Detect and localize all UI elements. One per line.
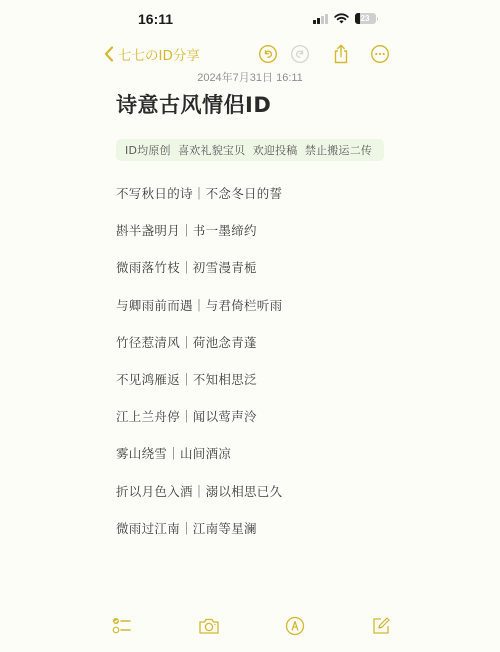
redo-button[interactable] xyxy=(290,44,310,64)
list-item: 微雨落竹枝｜初雪漫青栀 xyxy=(116,258,282,295)
list-item: 与卿雨前而遇｜与君倚栏听雨 xyxy=(116,296,282,333)
battery-indicator: 23 xyxy=(355,13,379,24)
notes-screen: 16:11 23 xyxy=(0,0,500,652)
list-item: 江上兰舟停｜闻以莺声泠 xyxy=(116,407,282,444)
checklist-icon xyxy=(111,615,133,637)
status-icons: 23 xyxy=(313,13,378,24)
markup-pen-icon xyxy=(284,615,306,637)
wifi-icon xyxy=(334,13,349,24)
undo-icon xyxy=(258,44,278,64)
list-item: 不见鸿雁返｜不知相思泛 xyxy=(116,370,282,407)
undo-button[interactable] xyxy=(258,44,278,64)
status-time: 16:11 xyxy=(138,11,173,27)
chevron-left-icon xyxy=(104,46,114,62)
list-item: 折以月色入酒｜溺以相思已久 xyxy=(116,482,282,519)
more-button[interactable] xyxy=(370,44,390,64)
cellular-signal-icon xyxy=(313,14,328,24)
list-item: 不写秋日的诗｜不念冬日的誓 xyxy=(116,184,282,221)
compose-icon xyxy=(370,615,392,637)
list-item: 微雨过江南｜江南等星澜 xyxy=(116,519,282,556)
list-item: 竹径惹清风｜荷池念青蓬 xyxy=(116,333,282,370)
markup-button[interactable] xyxy=(284,615,306,637)
tag-text: ID均原创 喜欢礼貌宝贝 欢迎投稿 禁止搬运二传 xyxy=(125,142,372,158)
bottom-toolbar xyxy=(0,615,500,639)
redo-icon xyxy=(290,44,310,64)
more-icon xyxy=(370,44,390,64)
checklist-button[interactable] xyxy=(111,615,133,637)
back-label: 七七のID分享 xyxy=(118,44,200,64)
list-item: 斟半盏明月｜书一墨缔约 xyxy=(116,221,282,258)
share-button[interactable] xyxy=(331,44,351,64)
battery-icon: 23 xyxy=(355,13,376,24)
camera-icon xyxy=(198,615,220,637)
note-timestamp: 2024年7月31日 16:11 xyxy=(0,69,500,85)
share-icon xyxy=(331,44,351,64)
back-button[interactable]: 七七のID分享 xyxy=(104,44,200,64)
list-item: 雾山绕雪｜山间酒凉 xyxy=(116,444,282,481)
battery-percent: 23 xyxy=(361,14,370,23)
compose-button[interactable] xyxy=(370,615,392,637)
status-bar: 16:11 23 xyxy=(0,10,500,30)
note-body[interactable]: 不写秋日的诗｜不念冬日的誓 斟半盏明月｜书一墨缔约 微雨落竹枝｜初雪漫青栀 与卿… xyxy=(116,184,282,556)
camera-button[interactable] xyxy=(198,615,220,637)
nav-bar: 七七のID分享 xyxy=(0,42,500,68)
note-title[interactable]: 诗意古风情侣ID xyxy=(116,89,271,119)
note-tag-banner[interactable]: ID均原创 喜欢礼貌宝贝 欢迎投稿 禁止搬运二传 xyxy=(116,139,384,161)
